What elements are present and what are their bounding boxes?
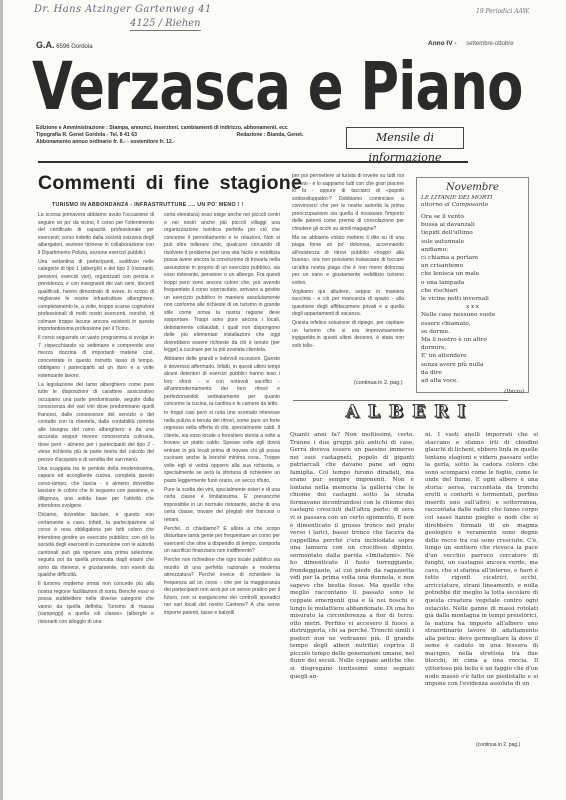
article-column-2: certa elevatura) esso esige anche nei pi… bbox=[164, 212, 280, 752]
handwritten-note: 19 Periodici AAW. bbox=[476, 8, 530, 15]
paragraph: La legislazione del ramo alberghiero com… bbox=[38, 382, 154, 465]
paragraph: Abbiamo delle grandi e lodevoli eccezion… bbox=[164, 356, 280, 409]
paragraph: Il corso seguendo un vasto programma si … bbox=[38, 335, 154, 380]
typography-info: Tipografia R. Genet Gordola - Tel. 8 41 … bbox=[36, 132, 137, 138]
poem-line: bussa ai davanzali bbox=[421, 221, 524, 229]
poem-line: andiamo; bbox=[421, 246, 524, 254]
paragraph: per poi permettere al turista di inveire… bbox=[292, 173, 404, 233]
headline-word: di bbox=[146, 172, 164, 194]
paragraph: Perché non richiedere che ogni locale pu… bbox=[164, 557, 280, 617]
poem-line: che lenisca un male bbox=[421, 270, 524, 278]
paragraph: Una settantina di partecipanti, suddivis… bbox=[38, 259, 154, 334]
poem-line: da dire bbox=[421, 369, 524, 377]
paragraph: Diciamo, dovrebbe lasciare, e questo non… bbox=[38, 512, 154, 580]
poem-line: dormire, bbox=[421, 344, 524, 352]
paragraph: Una scappata tra le pentole della modern… bbox=[38, 466, 154, 511]
poem-line: Nelle case nessuno vuole bbox=[421, 311, 524, 319]
article-subhead: TURISMO IN ABBONDANZA - INFRASTRUTTURE .… bbox=[52, 202, 244, 208]
issue-year: Anno IV - bbox=[428, 40, 457, 47]
section-divider bbox=[293, 400, 508, 401]
edition-line-2: Tipografia R. Genet Gordola - Tel. 8 41 … bbox=[36, 132, 303, 139]
poem-line: senza avere più nulla bbox=[421, 361, 524, 369]
paragraph: In troppi casi però si nota uno scemato … bbox=[164, 410, 280, 485]
paragraph: Vogliamo qui alludere, seppur in maniera… bbox=[292, 289, 404, 319]
paragraph: Quanti anni fa? Non moltissimi, certo. T… bbox=[290, 432, 414, 681]
alberi-title: ALBERI bbox=[330, 402, 490, 422]
edition-info: Edizione e Amministrazione : Stampa, ann… bbox=[36, 125, 303, 146]
handwritten-address: Dr. Hans Atzinger Gartenweg 41 bbox=[34, 4, 212, 15]
paragraph: Ma se abbiamo voluto mettere il dito su … bbox=[292, 235, 404, 288]
poem-signature: (Ibicio) bbox=[421, 389, 524, 395]
poem-title: Novembre bbox=[421, 182, 524, 193]
poem-line: E' un attendere bbox=[421, 352, 524, 360]
paragraph: Questa infelice soluzione di ripiego, pe… bbox=[292, 320, 404, 350]
paragraph: Pure la scelta dei vini, specialmente es… bbox=[164, 487, 280, 525]
poem-line: un crisantemo bbox=[421, 262, 524, 270]
poem-line: se dorme. bbox=[421, 328, 524, 336]
poem-line: ad alta voce. bbox=[421, 377, 524, 385]
continued-note: (continua in 2. pag.) bbox=[354, 380, 403, 386]
poem-line: tiepidi dell'ultimo bbox=[421, 229, 524, 237]
article-column-1: La scorsa primavera abbiamo avuto l'occa… bbox=[38, 212, 154, 798]
issue-line: Anno IV - settembre-ottobre bbox=[428, 40, 514, 47]
poem-line: ci chiama a portare bbox=[421, 254, 524, 262]
paragraph: Il turismo moderno ormai non concede più… bbox=[38, 581, 154, 626]
page-edge bbox=[0, 0, 3, 800]
poem-line: le vicine notti invernali bbox=[421, 295, 524, 303]
headline-word: fine bbox=[174, 172, 210, 194]
poem-line: Ora se il vento bbox=[421, 213, 524, 221]
article-headline: Commentidifinestagione bbox=[38, 172, 312, 195]
monthly-badge: Mensile di informazione bbox=[346, 127, 464, 149]
poem-box: Novembre LE LITANIE DEI MORTI attorno al… bbox=[416, 177, 529, 393]
paragraph: Perché, ci chiediamo? E allora a che sco… bbox=[164, 526, 280, 556]
handwritten-city: 4125 / Riehen bbox=[130, 18, 201, 31]
editorial-info: Redazione : Bianda, Genet. bbox=[236, 132, 303, 138]
paragraph: La scorsa primavera abbiamo avuto l'occa… bbox=[38, 212, 154, 257]
issue-months: settembre-ottobre bbox=[466, 41, 513, 47]
poem-separator: x x x bbox=[421, 303, 524, 311]
header-divider bbox=[38, 161, 468, 163]
poem-line: sole autunnale bbox=[421, 238, 524, 246]
alberi-column-2: ni. I vasti anelli imporrati che si stac… bbox=[425, 432, 538, 744]
poem-line: essere chiamato, bbox=[421, 320, 524, 328]
masthead-title: Verzasca e Piano bbox=[32, 52, 432, 122]
continued-note-2: (continua in 2. pag.) bbox=[476, 742, 520, 748]
headline-word: Commenti bbox=[38, 172, 136, 194]
alberi-column-1: Quanti anni fa? Non moltissimi, certo. T… bbox=[290, 432, 414, 747]
paragraph: ni. I vasti anelli imporrati che si stac… bbox=[425, 432, 538, 689]
poem-stanza-1: Ora se il vento bussa ai davanzali tiepi… bbox=[421, 213, 524, 385]
article-column-3: per poi permettere al turista di inveire… bbox=[292, 173, 404, 389]
poem-line: o una lampada bbox=[421, 279, 524, 287]
headline-word: stagione bbox=[220, 172, 303, 194]
edition-line-3: Abbonamento annuo ordinario fr. 8.- - so… bbox=[36, 139, 303, 146]
poem-line: che rischiari bbox=[421, 287, 524, 295]
poem-line: Ma il nostro è un altro bbox=[421, 336, 524, 344]
edition-line-1: Edizione e Amministrazione : Stampa, ann… bbox=[36, 125, 303, 132]
poem-subtitle: LE LITANIE DEI MORTI bbox=[421, 195, 524, 202]
poem-subtitle-2: attorno al Camposanto bbox=[421, 202, 524, 209]
paragraph: certa elevatura) esso esige anche nei pi… bbox=[164, 212, 280, 355]
